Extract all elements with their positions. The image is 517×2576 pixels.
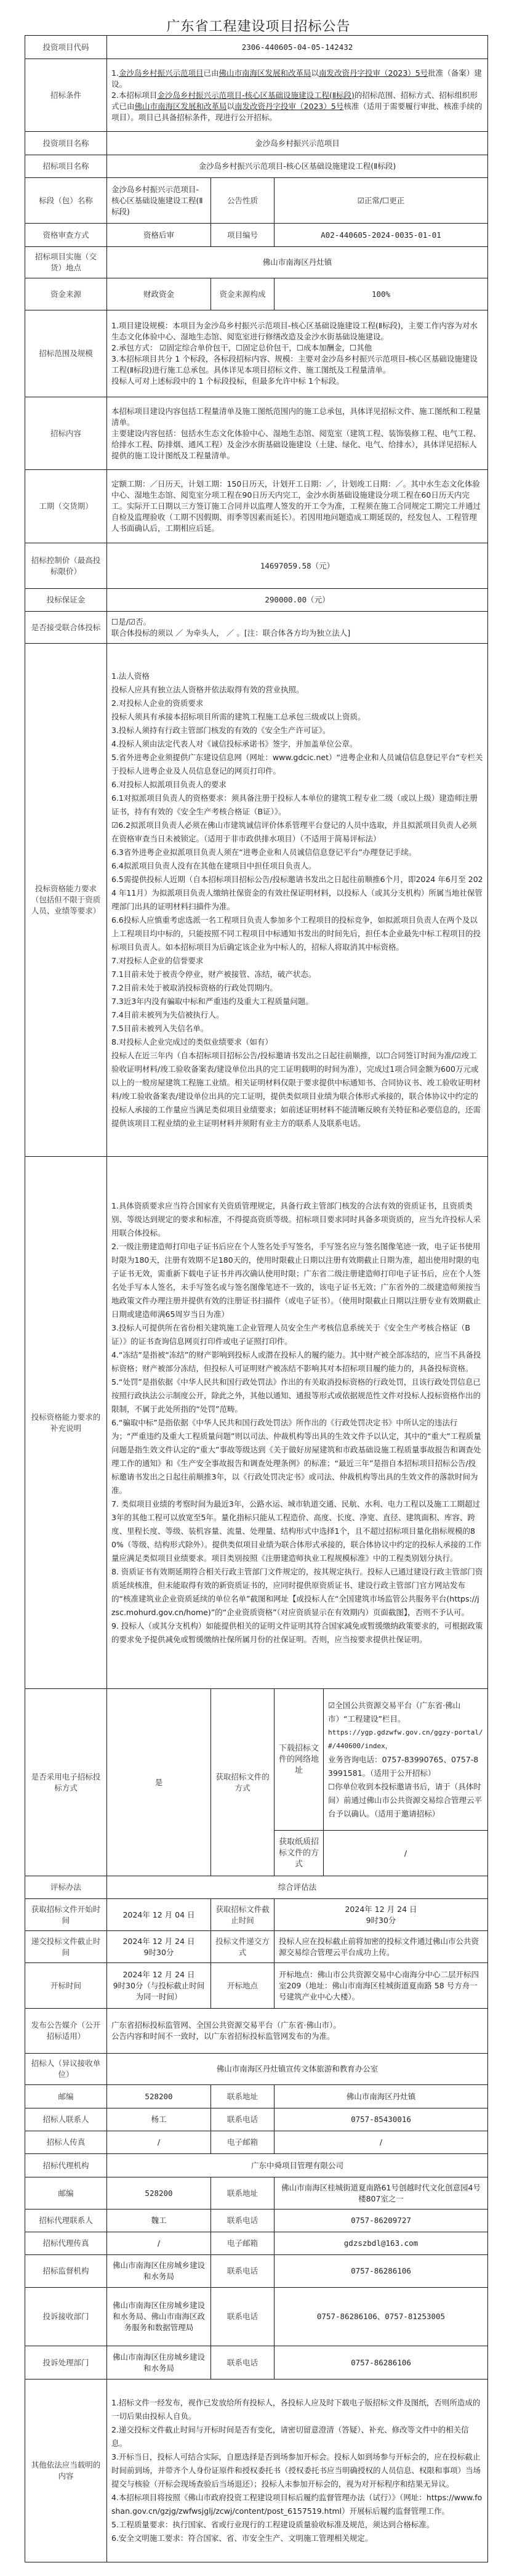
- tenderer-post-label: 邮编: [25, 2085, 107, 2108]
- conditions-label: 招标条件: [25, 59, 107, 132]
- content-line: 本招标项目建设内容包括工程量清单及施工图纸范围内的施工总承包，具体详见招标文件、…: [111, 406, 483, 428]
- content-value: 本招标项目建设内容包括工程量清单及施工图纸范围内的施工总承包，具体详见招标文件、…: [107, 397, 488, 470]
- deposit-label: 投标保证金: [25, 589, 107, 612]
- scope-label: 招标范围及规模: [25, 310, 107, 397]
- row-tenderer-fax: 招标人传真 / 电子邮箱 /: [25, 2131, 488, 2154]
- period-label: 工期（交货期）: [25, 470, 107, 543]
- complaint-handle-phone-value: 0757-86286106: [275, 2346, 488, 2380]
- qualification-label: 资格审查方式: [25, 224, 107, 247]
- requirement-line: 7.5目前未被列入失信名单。: [111, 1022, 483, 1035]
- other-line: 3.开标当日，投标人可结合实际，自愿选择是否到场参加开标会。投标人如到场参与开标…: [111, 2450, 483, 2491]
- requirement-line: 6.1对拟派项目负责人的资格要求：须具备注册于投标人本单位的建筑工程专业二级（或…: [111, 792, 483, 819]
- scope-value: 1.项目建设规模：本项目为金沙岛乡村振兴示范项目-核心区基础设施建设工程(Ⅱ标段…: [107, 310, 488, 397]
- obtain-end-date: 2024年 12 月 24 日: [279, 1904, 483, 1915]
- funding-structure-value: 100%: [275, 278, 488, 310]
- submit-label: 递交投标文件截止时间: [25, 1931, 107, 1963]
- tenderer-phone-value: 0757-85430016: [275, 2108, 488, 2131]
- row-tenderer-post: 邮编 528200 联系地址 佛山市南海区丹灶镇: [25, 2085, 488, 2108]
- submit-date: 2024年 12 月 24 日: [111, 1936, 206, 1947]
- requirement-line: 6.4拟派项目负责人没有在其他在建项目中担任项目负责人。: [111, 859, 483, 873]
- agency-phone-value: 0757-86209727: [275, 2209, 488, 2232]
- other-line: 2.递交投标文件截止时间与开标时间是否有变化，请密切留意澄清（答疑）、补充、修改…: [111, 2423, 483, 2450]
- row-media: 发布公告媒介（公开招标适用） 广东省招标投标监管网、全国公共资源交易平台（广东省…: [25, 2009, 488, 2054]
- project-code-value: A02-440605-2024-0035-01-01: [275, 224, 488, 247]
- row-agency-post: 邮编 528200 联系地址 佛山市南海区桂城街道夏南路61号创越时代文化创意园…: [25, 2177, 488, 2209]
- row-lot-name: 标段（包）名称 金沙岛乡村振兴示范项目-核心区基础设施建设工程(Ⅱ标段) 公告性…: [25, 178, 488, 224]
- row-other: 其他依法应当载明的内容 1.招标文件一经发布，视作已发放给所有投标人，各投标人应…: [25, 2380, 488, 2562]
- download-invite-option: ☐你单位收到本投标邀请书后，请于（具体时间）前通过佛山市公共资源交易综合管理云平…: [328, 1780, 483, 1821]
- requirement-line: 2.对投标人企业的资质要求: [111, 697, 483, 710]
- obtain-end-value: 2024年 12 月 24 日 9时30分: [275, 1899, 488, 1931]
- investment-name-label: 投资项目名称: [25, 132, 107, 155]
- row-tenderer: 招标人（异议接收单位） 佛山市南海区丹灶镇宣传文体旅游和教育办公室: [25, 2054, 488, 2085]
- download-phone: 业务咨询电话：0757-83990765、0757-83991581。（适用于公…: [328, 1753, 483, 1780]
- funding-structure-label: 资金来源构成: [211, 278, 275, 310]
- row-opening: 开标时间 2024年 12 月 24 日 9时30分（与投标截止时间为同一时间）…: [25, 1963, 488, 2009]
- obtain-method-label: 获取招标文件的方式: [211, 1689, 275, 1876]
- qualification-value: 资格后审: [107, 224, 211, 247]
- requirement-line: 6.5需提供投标人近期（自本招标项目招标公告/投标邀请书发出之日起往前顺推6个月…: [111, 873, 483, 913]
- agency-post-value: 528200: [107, 2177, 211, 2209]
- row-agency-contact: 招标代理联系人 魏工 联系电话 0757-86209727: [25, 2209, 488, 2232]
- row-consortium: 是否接受联合体投标 ☐是/☑否。 联合体投标的须以 ／ 为牵头人， ／ 。[注：…: [25, 612, 488, 644]
- obtain-end-label: 获取招标文件截止时间: [211, 1899, 275, 1931]
- media-label: 发布公告媒介（公开招标适用）: [25, 2009, 107, 2054]
- media-line: 公告内容和时间不一致时，以广东省招标投标监管网发布的为准。: [111, 2031, 483, 2042]
- agency-email-label: 电子邮箱: [211, 2232, 275, 2255]
- complaint-receive-phone-value: 0757-86286106、0757-81253005: [275, 2288, 488, 2346]
- agency-value: 广东中舜项目管理有限公司: [107, 2154, 488, 2177]
- complaint-handle-value: 佛山市南海区住房城乡建设和水务局: [107, 2346, 211, 2380]
- conditions-text: 1.: [111, 68, 119, 78]
- scope-line: 投标人可对上述标段中的 1 个标段投标，但最多允许中标 1个标段。: [111, 376, 483, 387]
- row-tender-name: 招标项目名称 金沙岛乡村振兴示范项目-核心区基础设施建设工程(Ⅱ标段): [25, 155, 488, 178]
- requirement-line: 8.对投标人企业完成过的类似业绩要求（如有）: [111, 1035, 483, 1049]
- electronic-label: 是否采用电子招标投标方式: [25, 1689, 107, 1876]
- agency-fax-label: 招标代理传真: [25, 2232, 107, 2255]
- tenderer-label: 招标人（异议接收单位）: [25, 2054, 107, 2085]
- row-complaint-receive: 投诉接收部门 佛山市南海区住房城乡建设和水务局、佛山市南海区政务服务和数据管理局…: [25, 2288, 488, 2346]
- project-code-label: 项目编号: [211, 224, 275, 247]
- content-label: 招标内容: [25, 397, 107, 470]
- supplement-line: 7. 类似项目业绩的考察时间为最近3年，公路水运、城市轨道交通、民航、水利、电力…: [111, 1497, 483, 1565]
- complaint-receive-phone-label: 联系电话: [211, 2288, 275, 2346]
- agency-contact-label: 招标代理联系人: [25, 2209, 107, 2232]
- requirement-line: 7.1目前未处于被责令停业，财产被接管、冻结，破产状态。: [111, 968, 483, 981]
- supplement-value: 1.具体资质要求应当符合国家有关资质管理规定，具备行政主管部门核发的合法有效的资…: [107, 1157, 488, 1689]
- supplement-line: 1.具体资质要求应当符合国家有关资质管理规定，具备行政主管部门核发的合法有效的资…: [111, 1199, 483, 1240]
- conditions-text: 以: [311, 68, 319, 78]
- other-line: 6.安全文明施工要求：符合国家、省、市安全生产、文明施工管理相关规定。: [111, 2532, 483, 2545]
- consortium-value: ☐是/☑否。 联合体投标的须以 ／ 为牵头人， ／ 。[注：联合体各方均为独立法…: [107, 612, 488, 644]
- row-investment-code: 投资项目代码 2306-440605-04-05-142432: [25, 36, 488, 59]
- location-label: 招标项目实施（交货）地点: [25, 247, 107, 278]
- tenderer-email-value: /: [275, 2131, 488, 2154]
- scope-line: 3.本招标项目共分 1 个标段，各标段招标内容、规模：主要对金沙岛乡村振兴示范项…: [111, 354, 483, 376]
- paper-method-value: /: [324, 1831, 488, 1876]
- supervisor-phone-label: 联系电话: [211, 2255, 275, 2288]
- requirement-line: 3.投标人须持有行政主管部门核发的有效的《安全生产许可证》。: [111, 724, 483, 737]
- electronic-value: 是: [107, 1689, 211, 1876]
- investment-code-value: 2306-440605-04-05-142432: [107, 36, 488, 59]
- row-submit: 递交投标文件截止时间 2024年 12 月 24 日 9时30分 投标文件递交方…: [25, 1931, 488, 1963]
- complaint-handle-phone-label: 联系电话: [211, 2346, 275, 2380]
- row-evaluation: 评标办法 综合评估法: [25, 1876, 488, 1899]
- requirement-line: 投标人须具有承接本招标项目所需的建筑工程施工总承包三级或以上资质。: [111, 710, 483, 724]
- supplement-line: 4.“冻结”是指被“冻结”的财产影响到投标人或潜在投标人的履约能力。其中财产被全…: [111, 1348, 483, 1375]
- control-price-value: 14697059.58（元）: [107, 543, 488, 589]
- opening-date: 2024年 12 月 24 日: [111, 1969, 206, 1980]
- agency-phone-label: 联系电话: [211, 2209, 275, 2232]
- tenderer-value: 佛山市南海区丹灶镇宣传文体旅游和教育办公室: [107, 2054, 488, 2085]
- supplement-line: 2.一级注册建造师打印电子证书后应在个人签名处手写签名，手写签名应与签名图像笔迹…: [111, 1240, 483, 1321]
- supplement-line: 5.“处罚”是指依据《中华人民共和国行政处罚法》作出的有关取消投标资格的行政处罚…: [111, 1375, 483, 1416]
- requirement-line: 6.对投标人拟派项目负责人的要求: [111, 778, 483, 792]
- other-line: 1.招标文件一经发布，视作已发放给所有投标人，各投标人应及时下载电子版招标文件及…: [111, 2396, 483, 2423]
- row-electronic-download: 是否采用电子招标投标方式 是 获取招标文件的方式 下载招标文件的网络地址 ☑全国…: [25, 1689, 488, 1831]
- tenderer-fax-label: 招标人传真: [25, 2131, 107, 2154]
- conditions-text: 2.本招标项目: [111, 91, 157, 100]
- supplement-line: 6.“骗取中标”是指依据《中华人民共和国行政处罚法》所作出的《行政处罚决定书》中…: [111, 1416, 483, 1497]
- requirement-line: 7.4目前未被列为失信被执行人。: [111, 1008, 483, 1022]
- requirement-line: 投标人应具有独立法人资格并依法取得有效的营业执照。: [111, 683, 483, 697]
- tenderer-post-value: 528200: [107, 2085, 211, 2108]
- row-obtain-time: 获取招标文件开始时间 2024年 12 月 04 日 获取招标文件截止时间 20…: [25, 1899, 488, 1931]
- conditions-doc: 南发改资丹字投审（2023）5号: [234, 102, 343, 111]
- row-agency: 招标代理机构 广东中舜项目管理有限公司: [25, 2154, 488, 2177]
- conditions-text: 以: [227, 102, 235, 111]
- submit-method-label: 投标文件递交方式: [211, 1931, 275, 1963]
- conditions-value: 1.金沙岛乡村振兴示范项目已由佛山市南海区发展和改革局以南发改资丹字投审（202…: [107, 59, 488, 132]
- complaint-handle-label: 投诉处理部门: [25, 2346, 107, 2380]
- scope-line: 1.项目建设规模：本项目为金沙岛乡村振兴示范项目-核心区基础设施建设工程(Ⅱ标段…: [111, 320, 483, 342]
- conditions-text: 已由: [203, 68, 218, 78]
- notice-nature-label: 公告性质: [211, 178, 275, 224]
- tenderer-address-value: 佛山市南海区丹灶镇: [275, 2085, 488, 2108]
- row-scope: 招标范围及规模 1.项目建设规模：本项目为金沙岛乡村振兴示范项目-核心区基础设施…: [25, 310, 488, 397]
- requirements-label: 投标资格能力要求（包括但不限于资质人员、业绩等要求）: [25, 644, 107, 1157]
- media-value: 广东省招标投标监管网、全国公共资源交易平台（广东省·佛山市）。 公告内容和时间不…: [107, 2009, 488, 2054]
- obtain-start-value: 2024年 12 月 04 日: [107, 1899, 211, 1931]
- agency-contact-value: 魏工: [107, 2209, 211, 2232]
- download-address-label: 下载招标文件的网络地址: [275, 1689, 324, 1831]
- page-title: 广东省工程建设项目招标公告: [0, 16, 517, 35]
- requirements-value: 1.法人资格 投标人应具有独立法人资格并依法取得有效的营业执照。 2.对投标人企…: [107, 644, 488, 1157]
- requirement-line: 6.3省外进粤企业拟派项目负责人须在“进粤企业和人员诚信信息登记平台”办理登记手…: [111, 846, 483, 859]
- scope-line: 2.承包方式： ☑固定综合单价包干，☐固定总价包干，☐成本加酬金，☐其他: [111, 342, 483, 354]
- tenderer-phone-label: 联系电话: [211, 2108, 275, 2131]
- requirement-line: 4.投标人须由法定代表人对《诚信投标承诺书》签字，并加盖单位公章。: [111, 737, 483, 751]
- content-line: 主要建设内容包括：包括水生态文化体验中心、湿地生态馆、阅览室（建筑工程、装饰装修…: [111, 428, 483, 461]
- row-period: 工期（交货期） 定额工期：／日历天，计划工期：150日历天，计划开工日期：／，计…: [25, 470, 488, 543]
- evaluation-value: 综合评估法: [107, 1876, 488, 1899]
- download-url-link[interactable]: https://ygp.gdzwfw.gov.cn/ggzy-portal/#/…: [328, 1726, 483, 1753]
- complaint-receive-value: 佛山市南海区住房城乡建设和水务局、佛山市南海区政务服务和数据管理局: [107, 2288, 211, 2346]
- supervisor-label: 招标监督机构: [25, 2255, 107, 2288]
- row-supplement: 投标资格能力要求的补充说明 1.具体资质要求应当符合国家有关资质管理规定，具备行…: [25, 1157, 488, 1689]
- conditions-authority: 佛山市南海区发展和改革局: [218, 68, 311, 78]
- download-address-value: ☑全国公共资源交易平台（广东省·佛山市）“工程建设”栏目。 https://yg…: [324, 1689, 488, 1831]
- conditions-project: 金沙岛乡村振兴示范项目-核心区基础设施建设工程(Ⅱ标段): [157, 91, 354, 100]
- supervisor-phone-value: 0757-86286106: [275, 2255, 488, 2288]
- tenderer-contact-label: 招标人联系人: [25, 2108, 107, 2131]
- notice-nature-value: ☑正常/☐更正: [275, 178, 488, 224]
- agency-fax-value: /: [107, 2232, 211, 2255]
- obtain-end-time: 9时30分: [279, 1915, 483, 1926]
- requirement-line: 5.省外进粤企业须提供广东建设信息网（网址：www.gdcic.net）“进粤企…: [111, 751, 483, 778]
- deposit-value: 290000.00（元）: [107, 589, 488, 612]
- tenderer-fax-value: /: [107, 2131, 211, 2154]
- complaint-receive-label: 投诉接收部门: [25, 2288, 107, 2346]
- row-supervisor: 招标监督机构 佛山市南海区住房城乡建设和水务局 联系电话 0757-862861…: [25, 2255, 488, 2288]
- requirement-line: 7.对投标人企业的信誉要求: [111, 954, 483, 968]
- tender-name-label: 招标项目名称: [25, 155, 107, 178]
- obtain-start-label: 获取招标文件开始时间: [25, 1899, 107, 1931]
- supplement-line: 9. 投标人（或其分支机构）如能提供相关的证明文件证明其符合国家减免或暂缓缴纳政…: [111, 1619, 483, 1646]
- other-value: 1.招标文件一经发布，视作已发放给所有投标人，各投标人应及时下载电子版招标文件及…: [107, 2380, 488, 2562]
- agency-email-link[interactable]: gdzszbdl@163.com: [275, 2232, 488, 2255]
- row-tenderer-contact: 招标人联系人 杨工 联系电话 0757-85430016: [25, 2108, 488, 2131]
- other-label: 其他依法应当载明的内容: [25, 2380, 107, 2562]
- tenderer-contact-value: 杨工: [107, 2108, 211, 2131]
- row-location: 招标项目实施（交货）地点 佛山市南海区丹灶镇: [25, 247, 488, 278]
- requirement-line: 6.6投标人应慎重考虑选派一名工程项目负责人参加多个工程项目的投标竞争，如拟派项…: [111, 913, 483, 954]
- row-agency-fax: 招标代理传真 / 电子邮箱 gdzszbdl@163.com: [25, 2232, 488, 2255]
- requirement-line: 1.法人资格: [111, 670, 483, 683]
- requirement-line: 7.2目前未处于被取消投标资格的行政处罚期内。: [111, 981, 483, 995]
- download-platform: ☑全国公共资源交易平台（广东省·佛山市）“工程建设”栏目。: [328, 1699, 483, 1726]
- tender-name-value: 金沙岛乡村振兴示范项目-核心区基础设施建设工程(Ⅱ标段): [107, 155, 488, 178]
- funding-label: 资金来源: [25, 278, 107, 310]
- submit-value: 2024年 12 月 24 日 9时30分: [107, 1931, 211, 1963]
- funding-value: 财政资金: [107, 278, 211, 310]
- consortium-note: 联合体投标的须以 ／ 为牵头人， ／ 。[注：联合体各方均为独立法人]: [111, 628, 483, 639]
- requirement-line: ☑6.2拟派项目负责人必须在佛山市建筑诚信评价体系管理平台登记的人员中选取，并且…: [111, 819, 483, 846]
- opening-place-value: 开标地点：佛山市公共资源交易中心南海分中心二层开标四室209（地址：佛山市南海区…: [275, 1963, 488, 2009]
- row-complaint-handle: 投诉处理部门 佛山市南海区住房城乡建设和水务局 联系电话 0757-862861…: [25, 2346, 488, 2380]
- media-line: 广东省招标投标监管网、全国公共资源交易平台（广东省·佛山市）。: [111, 2020, 483, 2031]
- consortium-choice: ☐是/☑否。: [111, 617, 483, 628]
- lot-name-value: 金沙岛乡村振兴示范项目-核心区基础设施建设工程(Ⅱ标段): [107, 178, 211, 224]
- agency-address-label: 联系地址: [211, 2177, 275, 2209]
- opening-time-value: 2024年 12 月 24 日 9时30分（与投标截止时间为同一时间）: [107, 1963, 211, 2009]
- conditions-project: 金沙岛乡村振兴示范项目: [119, 68, 204, 78]
- supplement-label: 投标资格能力要求的补充说明: [25, 1157, 107, 1689]
- investment-code-label: 投资项目代码: [25, 36, 107, 59]
- paper-method-label: 获取纸质招标文件的方式: [275, 1831, 324, 1876]
- row-qualification: 资格审查方式 资格后审 项目编号 A02-440605-2024-0035-01…: [25, 224, 488, 247]
- row-funding: 资金来源 财政资金 资金来源构成 100%: [25, 278, 488, 310]
- supplement-line: 3.投标人可提供所在省份相关建筑施工企业管理人员安全生产考核信息系统关于《安全生…: [111, 1321, 483, 1348]
- conditions-doc: 南发改资丹字投审（2023）5号: [319, 68, 428, 78]
- supplement-line: 8. 资质证书有效期延期符合相关行政主管部门文件规定的，按其规定执行。投标人已通…: [111, 1565, 483, 1619]
- row-requirements: 投标资格能力要求（包括但不限于资质人员、业绩等要求） 1.法人资格 投标人应具有…: [25, 644, 488, 1157]
- agency-post-label: 邮编: [25, 2177, 107, 2209]
- tenderer-email-label: 电子邮箱: [211, 2131, 275, 2154]
- control-price-label: 招标控制价（最高投标限价）: [25, 543, 107, 589]
- submit-time: 9时30分: [111, 1947, 206, 1958]
- requirement-line: 投标人在近三年内（自本招标项目招标公告/投标邀请书发出之日起往前顺推，以☐合同签…: [111, 1049, 483, 1130]
- row-investment-name: 投资项目名称 金沙岛乡村振兴示范项目: [25, 132, 488, 155]
- location-value: 佛山市南海区丹灶镇: [107, 247, 488, 278]
- opening-time-label: 开标时间: [25, 1963, 107, 2009]
- consortium-label: 是否接受联合体投标: [25, 612, 107, 644]
- row-content: 招标内容 本招标项目建设内容包括工程量清单及施工图纸范围内的施工总承包，具体详见…: [25, 397, 488, 470]
- conditions-authority: 佛山市南海区发展和改革局: [135, 102, 227, 111]
- tenderer-address-label: 联系地址: [211, 2085, 275, 2108]
- opening-place-label: 开标地点: [211, 1963, 275, 2009]
- lot-name-label: 标段（包）名称: [25, 178, 107, 224]
- other-line: 4.本招标项目将按照《佛山市政府投资工程建设项目标后履约监督管理办法（试行）》（…: [111, 2491, 483, 2518]
- evaluation-label: 评标办法: [25, 1876, 107, 1899]
- supervisor-value: 佛山市南海区住房城乡建设和水务局: [107, 2255, 211, 2288]
- opening-time: 9时30分（与投标截止时间为同一时间）: [111, 1980, 206, 2003]
- agency-address-value: 佛山市南海区桂城街道夏南路61号创越时代文化创意园4号楼807室之一: [275, 2177, 488, 2209]
- submit-method-value: 投标人应在投标截止前将加密的投标文件通过佛山市公共资源交易综合管理云平台成功上传…: [275, 1931, 488, 1963]
- investment-name-value: 金沙岛乡村振兴示范项目: [107, 132, 488, 155]
- agency-label: 招标代理机构: [25, 2154, 107, 2177]
- other-line: 5.工程质量要求：执行国家、省或行业现行的工程建设质量验收标准及规范，须达到合格…: [111, 2518, 483, 2532]
- notice-table: 投资项目代码 2306-440605-04-05-142432 招标条件 1.金…: [25, 35, 488, 2562]
- row-control-price: 招标控制价（最高投标限价） 14697059.58（元）: [25, 543, 488, 589]
- period-value: 定额工期：／日历天，计划工期：150日历天，计划开工日期：／，计划竣工日期：／。…: [107, 470, 488, 543]
- row-conditions: 招标条件 1.金沙岛乡村振兴示范项目已由佛山市南海区发展和改革局以南发改资丹字投…: [25, 59, 488, 132]
- requirement-line: 7.3近3年内没有骗取中标和严重违约及重大工程质量问题。: [111, 995, 483, 1008]
- row-deposit: 投标保证金 290000.00（元）: [25, 589, 488, 612]
